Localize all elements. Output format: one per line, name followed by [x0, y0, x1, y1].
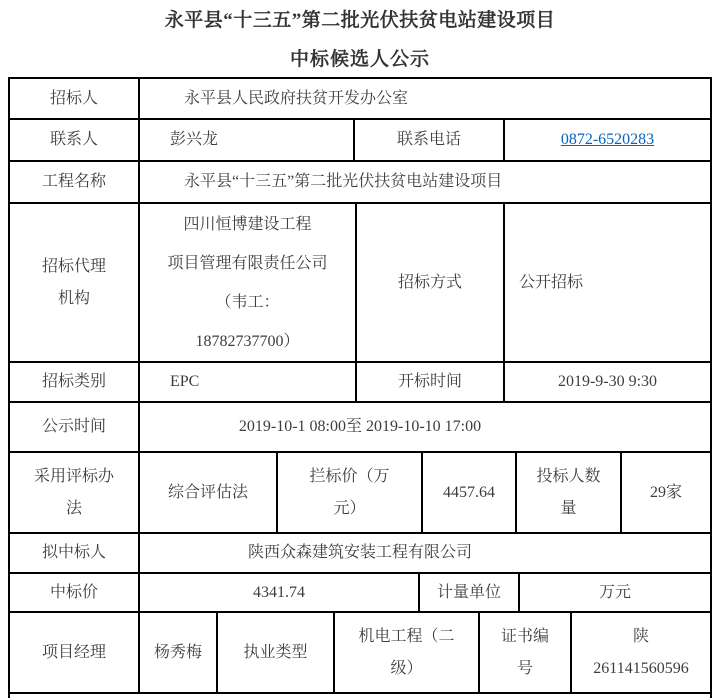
tenderer-value: 永平县人民政府扶贫开发办公室 — [140, 79, 710, 118]
project-manager-name: 杨秀梅 — [140, 613, 218, 692]
publicity-time-label: 公示时间 — [10, 403, 140, 451]
evaluation-method-label: 采用评标办 法 — [10, 453, 140, 532]
row-publicity-time: 公示时间 2019-10-1 08:00至 2019-10-10 17:00 — [10, 403, 710, 453]
contact-name: 彭兴龙 — [140, 120, 355, 160]
certificate-no-value: 陕 261141560596 — [572, 613, 710, 692]
row-clipped-bottom — [10, 694, 710, 698]
winner-value: 陕西众森建筑安装工程有限公司 — [140, 534, 710, 572]
open-time-value: 2019-9-30 9:30 — [505, 363, 710, 401]
row-category: 招标类别 EPC 开标时间 2019-9-30 9:30 — [10, 363, 710, 403]
phone-link[interactable]: 0872-6520283 — [561, 124, 654, 156]
bidders-count-label: 投标人数 量 — [517, 453, 622, 532]
project-name-value: 永平县“十三五”第二批光伏扶贫电站建设项目 — [140, 162, 710, 202]
practice-type-value: 机电工程（二 级） — [335, 613, 480, 692]
row-agency: 招标代理 机构 四川恒博建设工程 项目管理有限责任公司 （韦工： 1878273… — [10, 204, 710, 363]
row-winner: 拟中标人 陕西众森建筑安装工程有限公司 — [10, 534, 710, 574]
title-line-1: 永平县“十三五”第二批光伏扶贫电站建设项目 — [0, 9, 720, 33]
row-evaluation: 采用评标办 法 综合评估法 拦标价（万 元） 4457.64 投标人数 量 29… — [10, 453, 710, 534]
ceiling-price-value: 4457.64 — [423, 453, 517, 532]
ceiling-price-label: 拦标价（万 元） — [278, 453, 423, 532]
publicity-time-value: 2019-10-1 08:00至 2019-10-10 17:00 — [140, 403, 710, 451]
category-value: EPC — [140, 363, 357, 401]
tenderer-label: 招标人 — [10, 79, 140, 118]
evaluation-method-value: 综合评估法 — [140, 453, 278, 532]
bid-result-table: 招标人 永平县人民政府扶贫开发办公室 联系人 彭兴龙 联系电话 0872-652… — [8, 77, 712, 698]
certificate-no-label: 证书编 号 — [480, 613, 572, 692]
document-title: 永平县“十三五”第二批光伏扶贫电站建设项目 中标候选人公示 — [0, 9, 720, 72]
row-project-name: 工程名称 永平县“十三五”第二批光伏扶贫电站建设项目 — [10, 162, 710, 204]
bid-method-label: 招标方式 — [357, 204, 505, 361]
category-label: 招标类别 — [10, 363, 140, 401]
unit-label: 计量单位 — [420, 574, 520, 611]
agency-label: 招标代理 机构 — [10, 204, 140, 361]
agency-value: 四川恒博建设工程 项目管理有限责任公司 （韦工： 18782737700） — [140, 204, 357, 361]
bid-method-value: 公开招标 — [505, 204, 710, 361]
bidders-count-value: 29家 — [622, 453, 710, 532]
open-time-label: 开标时间 — [357, 363, 505, 401]
phone-label: 联系电话 — [355, 120, 505, 160]
winning-price-value: 4341.74 — [140, 574, 420, 611]
row-contact: 联系人 彭兴龙 联系电话 0872-6520283 — [10, 120, 710, 162]
row-tenderer: 招标人 永平县人民政府扶贫开发办公室 — [10, 79, 710, 120]
project-name-label: 工程名称 — [10, 162, 140, 202]
unit-value: 万元 — [520, 574, 710, 611]
contact-label: 联系人 — [10, 120, 140, 160]
winning-price-label: 中标价 — [10, 574, 140, 611]
practice-type-label: 执业类型 — [218, 613, 335, 692]
phone-cell: 0872-6520283 — [505, 120, 710, 160]
title-line-2: 中标候选人公示 — [0, 48, 720, 72]
winner-label: 拟中标人 — [10, 534, 140, 572]
row-winning-price: 中标价 4341.74 计量单位 万元 — [10, 574, 710, 613]
project-manager-label: 项目经理 — [10, 613, 140, 692]
row-project-manager: 项目经理 杨秀梅 执业类型 机电工程（二 级） 证书编 号 陕 26114156… — [10, 613, 710, 694]
